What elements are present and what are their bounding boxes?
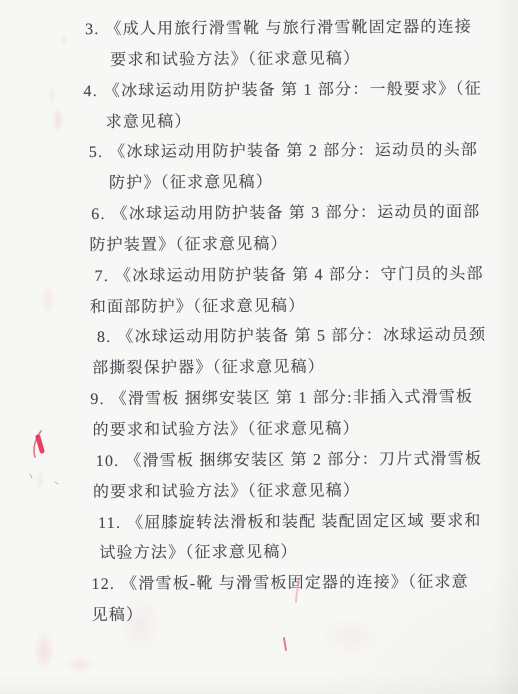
red-pen-tick	[284, 638, 286, 650]
list-item-number: 6.	[91, 206, 106, 223]
list-item-line: 11.《屈膝旋转法滑板和装配 装配固定区域 要求和	[98, 506, 518, 539]
list-item-number: 7.	[95, 268, 110, 285]
list-item-number: 3.	[85, 21, 100, 38]
list-item-continuation: 部撕裂保护器》（征求意见稿）	[92, 352, 518, 385]
list-item-text: 《冰球运动用防护装备 第 1 部分：一般要求》（征	[104, 80, 482, 99]
list-item-line: 3.《成人用旅行滑雪靴 与旅行滑雪靴固定器的连接	[85, 12, 518, 45]
list-item-line: 5.《冰球运动用防护装备 第 2 部分：运动员的头部	[89, 136, 518, 169]
list-item-text: 《成人用旅行滑雪靴 与旅行滑雪靴固定器的连接	[105, 19, 472, 38]
standards-list: 3.《成人用旅行滑雪靴 与旅行滑雪靴固定器的连接 要求和试验方法》（征求意见稿）…	[0, 12, 518, 632]
list-item-number: 5.	[89, 144, 104, 161]
list-item-line: 9.《滑雪板 捆绑安装区 第 1 部分:非插入式滑雪板	[90, 383, 518, 416]
list-item-continuation: 试验方法》（征求意见稿）	[99, 537, 518, 570]
list-item-continuation: 要求和试验方法》（征求意见稿）	[110, 43, 518, 76]
list-item-continuation: 和面部防护》（征求意见稿）	[90, 290, 518, 323]
list-item: 4.《冰球运动用防护装备 第 1 部分：一般要求》（征 求意见稿）	[0, 74, 518, 139]
list-item-number: 4.	[83, 83, 98, 100]
list-item-line: 10.《滑雪板 捆绑安装区 第 2 部分：刀片式滑雪板	[96, 444, 518, 477]
list-item: 7.《冰球运动用防护装备 第 4 部分：守门员的头部 和面部防护》（征求意见稿）	[2, 259, 518, 324]
list-item: 5.《冰球运动用防护装备 第 2 部分：运动员的头部 防护》（征求意见稿）	[1, 136, 518, 201]
list-item-line: 6.《冰球运动用防护装备 第 3 部分：运动员的面部	[91, 197, 518, 230]
list-item-text: 《冰球运动用防护装备 第 3 部分：运动员的面部	[112, 204, 481, 223]
list-item-line: 4.《冰球运动用防护装备 第 1 部分：一般要求》（征	[83, 74, 518, 108]
list-item: 12.《滑雪板-靴 与滑雪板固定器的连接》（征求意 见稿）	[3, 568, 518, 633]
list-item-continuation: 的要求和试验方法》（征求意见稿）	[93, 475, 518, 508]
list-item-text: 《滑雪板 捆绑安装区 第 1 部分:非插入式滑雪板	[111, 389, 474, 408]
list-item: 11.《屈膝旋转法滑板和装配 装配固定区域 要求和 试验方法》（征求意见稿）	[3, 506, 518, 571]
list-item-line: 12.《滑雪板-靴 与滑雪板固定器的连接》（征求意	[91, 568, 518, 601]
list-item-number: 8.	[97, 329, 112, 346]
list-item-continuation: 见稿）	[92, 598, 518, 631]
list-item-number: 11.	[98, 514, 121, 531]
list-item-text: 《冰球运动用防护装备 第 5 部分：冰球运动员颈	[117, 327, 486, 346]
list-item-continuation: 求意见稿）	[106, 105, 518, 138]
list-item-line: 7.《冰球运动用防护装备 第 4 部分：守门员的头部	[95, 259, 518, 292]
list-item-text: 《滑雪板-靴 与滑雪板固定器的连接》（征求意	[121, 574, 469, 593]
list-item-number: 9.	[90, 391, 105, 408]
list-item: 8.《冰球运动用防护装备 第 5 部分：冰球运动员颈 部撕裂保护器》（征求意见稿…	[2, 321, 518, 386]
scanned-document-page: 3.《成人用旅行滑雪靴 与旅行滑雪靴固定器的连接 要求和试验方法》（征求意见稿）…	[0, 0, 518, 694]
list-item-number: 10.	[96, 453, 120, 470]
list-item: 9.《滑雪板 捆绑安装区 第 1 部分:非插入式滑雪板 的要求和试验方法》（征求…	[2, 383, 518, 448]
list-item-text: 《冰球运动用防护装备 第 4 部分：守门员的头部	[115, 265, 484, 284]
list-item-line: 8.《冰球运动用防护装备 第 5 部分：冰球运动员颈	[97, 321, 518, 354]
list-item-text: 《屈膝旋转法滑板和装配 装配固定区域 要求和	[127, 512, 482, 531]
list-item-text: 《冰球运动用防护装备 第 2 部分：运动员的头部	[109, 142, 478, 161]
list-item-text: 《滑雪板 捆绑安装区 第 2 部分：刀片式滑雪板	[125, 450, 482, 469]
list-item-continuation: 防护装置》（征求意见稿）	[89, 228, 518, 261]
list-item-continuation: 的要求和试验方法》（征求意见稿）	[92, 413, 518, 446]
list-item-number: 12.	[91, 576, 115, 593]
list-item-continuation: 防护》（征求意见稿）	[109, 167, 518, 200]
list-item: 10.《滑雪板 捆绑安装区 第 2 部分：刀片式滑雪板 的要求和试验方法》（征求…	[3, 444, 518, 509]
list-item: 3.《成人用旅行滑雪靴 与旅行滑雪靴固定器的连接 要求和试验方法》（征求意见稿）	[0, 12, 518, 77]
list-item: 6.《冰球运动用防护装备 第 3 部分：运动员的面部 防护装置》（征求意见稿）	[1, 197, 518, 262]
